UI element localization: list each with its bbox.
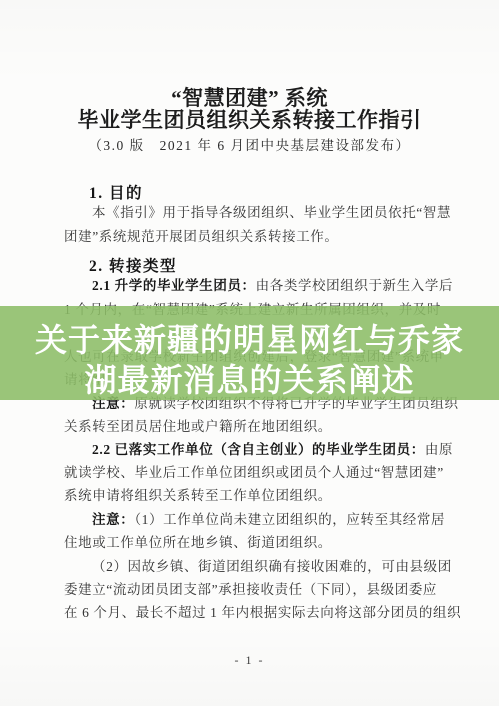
doc-line-bold: 2.1 升学的毕业学生团员： xyxy=(92,278,256,293)
doc-line-8: 关系转至团员居住地或户籍所在地团组织。 xyxy=(64,419,438,434)
doc-line-10: 就读学校、毕业后工作单位团组织或团员个人通过“智慧团建” xyxy=(64,465,438,480)
doc-line-9: 2.2 已落实工作单位（含自主创业）的毕业学生团员：由原 xyxy=(64,442,438,457)
doc-line-bold: 2.2 已落实工作单位（含自主创业）的毕业学生团员： xyxy=(92,442,425,457)
section-heading-2: 2. 转接类型 xyxy=(89,254,177,276)
doc-line-14: （2）因故乡镇、街道团组织确有接收困难的，可由县级团 xyxy=(64,559,438,574)
doc-line-text: （1）工作单位尚未建立团组织的，应转至其经常居 xyxy=(134,512,445,527)
doc-line-text: （2）因故乡镇、街道团组织确有接收困难的，可由县级团 xyxy=(92,559,452,574)
doc-line-13: 住地或工作单位所在地乡镇、街道团组织。 xyxy=(64,535,438,550)
doc-line-12: 注意：（1）工作单位尚未建立团组织的，应转至其经常居 xyxy=(64,512,438,527)
document-page: “智慧团建” 系统 毕业学生团员组织关系转接工作指引 （3.0 版 2021 年… xyxy=(0,0,499,706)
doc-line-text: 系统申请将组织关系转至工作单位团组织。 xyxy=(64,488,332,503)
doc-line-bold: 注意： xyxy=(92,512,134,527)
doc-line-text: 在 6 个月、最长不超过 1 年内根据实际去向将这部分团员的组织 xyxy=(64,605,461,620)
doc-line-text: 就读学校、毕业后工作单位团组织或团员个人通过“智慧团建” xyxy=(64,465,444,480)
doc-line-text: 由原 xyxy=(425,442,453,457)
doc-line-2: 团建”系统规范开展团员组织关系转接工作。 xyxy=(64,229,438,244)
doc-line-text: 本《指引》用于指导各级团组织、毕业学生团员依托“智慧 xyxy=(92,205,451,220)
section-heading-1: 1. 目的 xyxy=(89,181,143,203)
doc-title-line3: （3.0 版 2021 年 6 月团中央基层建设部发布） xyxy=(0,134,499,154)
doc-line-1: 本《指引》用于指导各级团组织、毕业学生团员依托“智慧 xyxy=(64,205,438,220)
doc-line-3: 2.1 升学的毕业学生团员：由各类学校团组织于新生入学后 xyxy=(64,278,438,293)
doc-title-line2: 毕业学生团员组织关系转接工作指引 xyxy=(0,104,499,134)
doc-line-15: 委建立“流动团员团支部”承担接收责任（下同），县级团委应 xyxy=(64,582,438,597)
doc-line-text: 委建立“流动团员团支部”承担接收责任（下同），县级团委应 xyxy=(64,582,437,597)
doc-line-16: 在 6 个月、最长不超过 1 年内根据实际去向将这部分团员的组织 xyxy=(64,605,438,620)
doc-line-text: 由各类学校团组织于新生入学后 xyxy=(256,278,453,293)
overlay-caption-line2: 湖最新消息的关系阐述 xyxy=(0,355,499,401)
doc-line-text: 住地或工作单位所在地乡镇、街道团组织。 xyxy=(64,535,332,550)
doc-line-11: 系统申请将组织关系转至工作单位团组织。 xyxy=(64,488,438,503)
page-number: - 1 - xyxy=(0,653,499,668)
doc-line-text: 关系转至团员居住地或户籍所在地团组织。 xyxy=(64,419,332,434)
doc-line-text: 团建”系统规范开展团员组织关系转接工作。 xyxy=(64,229,339,244)
